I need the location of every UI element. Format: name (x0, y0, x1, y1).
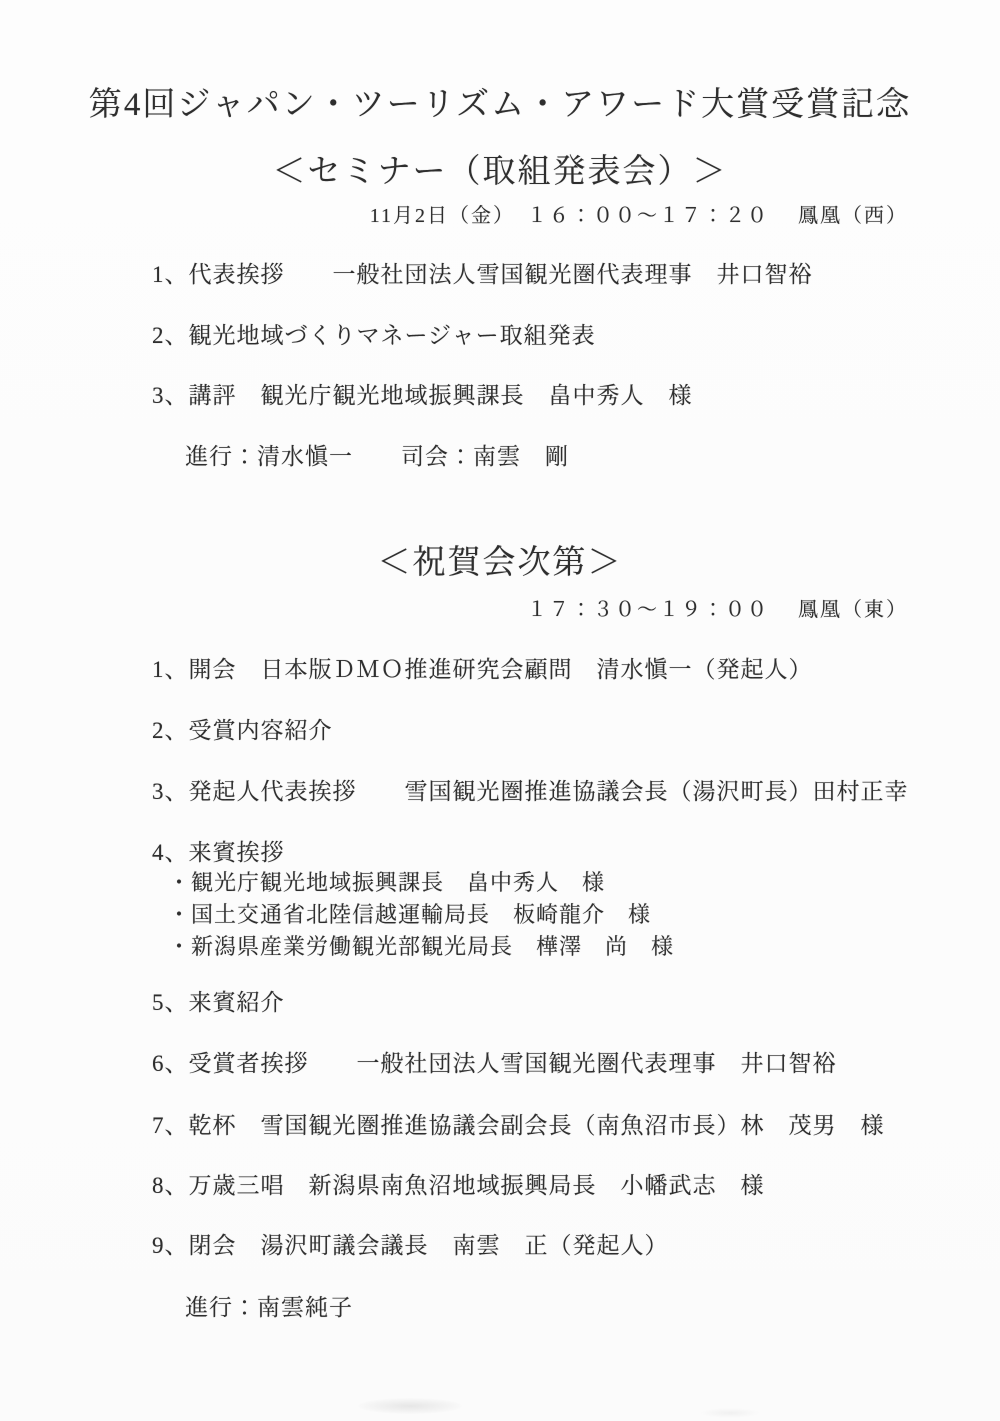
guest-greeting-item: ・新潟県産業労働観光部観光局長 樺澤 尚 様 (168, 930, 674, 961)
seminar-agenda-item: 3、講評 観光庁観光地域振興課長 畠中秀人 様 (152, 377, 693, 410)
celebration-agenda-item: 7、乾杯 雪国観光圏推進協議会副会長（南魚沼市長）林 茂男 様 (152, 1107, 885, 1140)
celebration-agenda-item: 9、閉会 湯沢町議会議長 南雲 正（発起人） (152, 1227, 669, 1260)
celebration-agenda-item: 5、来賓紹介 (152, 984, 285, 1017)
seminar-section-heading: ＜セミナー（取組発表会）＞ (0, 145, 1000, 192)
guest-greeting-item: ・国土交通省北陸信越運輸局長 板崎龍介 様 (168, 898, 651, 929)
celebration-agenda-item: 2、受賞内容紹介 (152, 712, 333, 745)
document-title: 第4回ジャパン・ツーリズム・アワード大賞受賞記念 (0, 78, 1000, 125)
guest-greeting-item: ・観光庁観光地域振興課長 畠中秀人 様 (168, 866, 605, 897)
celebration-agenda-item: 4、来賓挨拶 (152, 834, 285, 867)
celebration-section-heading: ＜祝賀会次第＞ (0, 536, 1000, 583)
celebration-agenda-item: 3、発起人代表挨拶 雪国観光圏推進協議会長（湯沢町長）田村正幸 (152, 773, 909, 806)
seminar-moderator-line: 進行：清水愼一 司会：南雲 剛 (185, 438, 569, 471)
seminar-agenda-item: 2、観光地域づくりマネージャー取組発表 (152, 317, 596, 350)
celebration-moderator-line: 進行：南雲純子 (185, 1289, 353, 1322)
scan-artifact (358, 1398, 462, 1414)
scanned-document-page: 第4回ジャパン・ツーリズム・アワード大賞受賞記念 ＜セミナー（取組発表会）＞ 1… (0, 0, 1000, 1421)
celebration-agenda-item: 8、万歳三唱 新潟県南魚沼地域振興局長 小幡武志 様 (152, 1167, 765, 1200)
scan-artifact (700, 1408, 760, 1418)
celebration-datetime: １７：３０～１９：００ 鳳凰（東） (527, 593, 908, 622)
celebration-agenda-item: 1、開会 日本版ＤＭＯ推進研究会顧問 清水愼一（発起人） (152, 651, 813, 684)
seminar-datetime: 11月2日（金） １６：００～１７：２０ 鳳凰（西） (370, 199, 908, 228)
celebration-agenda-item: 6、受賞者挨拶 一般社団法人雪国観光圏代表理事 井口智裕 (152, 1045, 837, 1078)
seminar-agenda-item: 1、代表挨拶 一般社団法人雪国観光圏代表理事 井口智裕 (152, 256, 813, 289)
